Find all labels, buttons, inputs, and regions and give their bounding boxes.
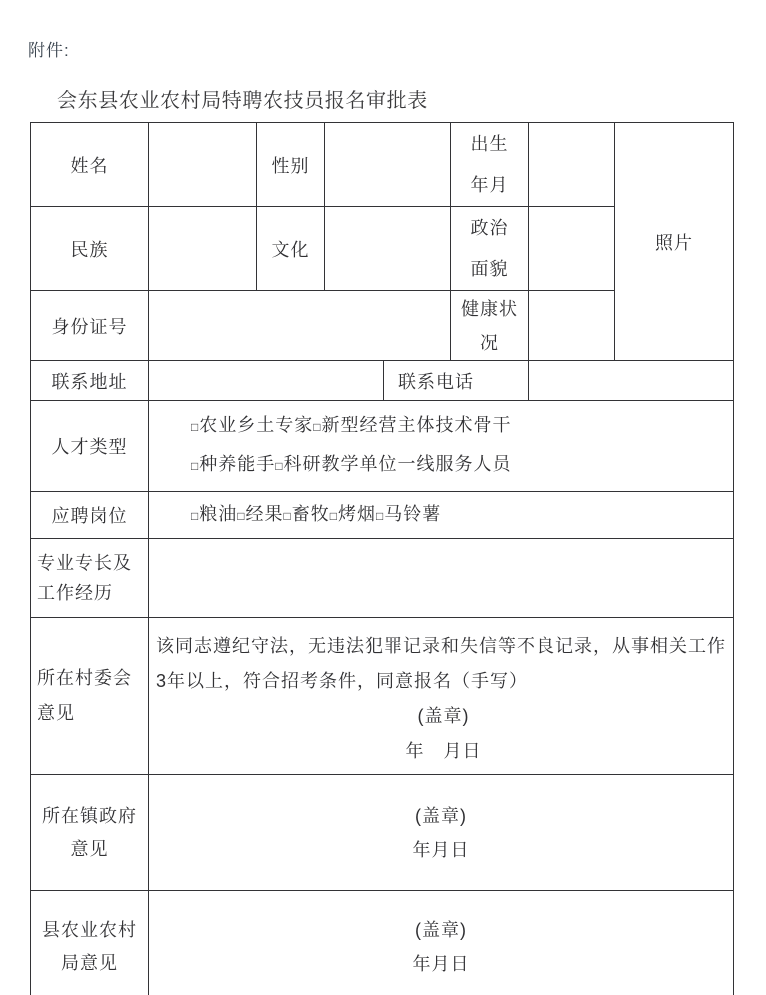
birth-label-line2: 年月	[471, 165, 509, 206]
county-opinion-content-cell: (盖章) 年月日	[149, 891, 734, 995]
talent-type-options-cell: □农业乡土专家□新型经营主体技术骨干 □种养能手□科研教学单位一线服务人员	[149, 401, 734, 492]
talent-options-line1: □农业乡土专家□新型经营主体技术骨干	[149, 407, 733, 446]
health-label-line2: 况	[480, 326, 499, 360]
row-expertise: 专业专长及 工作经历	[31, 539, 734, 618]
row-position: 应聘岗位 □粮油□经果□畜牧□烤烟□马铃薯	[31, 492, 734, 539]
health-value-cell	[529, 291, 615, 361]
ethnicity-value-cell	[149, 207, 257, 291]
phone-value-cell	[529, 361, 734, 401]
position-label-cell: 应聘岗位	[31, 492, 149, 539]
health-label-line1: 健康状	[461, 292, 518, 326]
expertise-label-line2: 工作经历	[37, 578, 113, 608]
birth-label-line1: 出生	[471, 124, 509, 165]
row-address-phone: 联系地址 联系电话	[31, 361, 734, 401]
county-opinion-label-cell: 县农业农村 局意见	[31, 891, 149, 995]
village-opinion-label-line2: 意见	[37, 696, 75, 731]
town-opinion-content-cell: (盖章) 年月日	[149, 775, 734, 891]
political-status-value-cell	[529, 207, 615, 291]
position-options-cell: □粮油□经果□畜牧□烤烟□马铃薯	[149, 492, 734, 539]
row-name-gender-birth: 姓名 性别 出生 年月 照片	[31, 123, 734, 207]
attachment-label: 附件:	[28, 36, 70, 61]
county-seal-text: (盖章)	[149, 913, 733, 947]
town-seal-text: (盖章)	[149, 799, 733, 833]
town-opinion-label-line2: 意见	[71, 833, 109, 866]
political-label-line2: 面貌	[471, 249, 509, 290]
photo-cell: 照片	[615, 123, 734, 361]
phone-label-cell: 联系电话	[384, 361, 529, 401]
gender-value-cell	[325, 123, 451, 207]
row-village-opinion: 所在村委会 意见 该同志遵纪守法，无违法犯罪记录和失信等不良记录，从事相关工作3…	[31, 618, 734, 775]
birth-value-cell	[529, 123, 615, 207]
ethnicity-label-cell: 民族	[31, 207, 149, 291]
document-page: 附件: 会东县农业农村局特聘农技员报名审批表 姓名 性别 出生 年月 照片 民族	[0, 0, 766, 995]
gender-label-cell: 性别	[257, 123, 325, 207]
county-date-text: 年月日	[149, 947, 733, 981]
expertise-label-cell: 专业专长及 工作经历	[31, 539, 149, 618]
application-form-table: 姓名 性别 出生 年月 照片 民族 文化 政治 面貌	[30, 122, 734, 995]
village-opinion-content-cell: 该同志遵纪守法，无违法犯罪记录和失信等不良记录，从事相关工作3年以上，符合招考条…	[149, 618, 734, 775]
row-county-opinion: 县农业农村 局意见 (盖章) 年月日	[31, 891, 734, 995]
town-opinion-label-line1: 所在镇政府	[42, 800, 137, 833]
id-number-label-cell: 身份证号	[31, 291, 149, 361]
health-label-cell: 健康状 况	[451, 291, 529, 361]
address-label-cell: 联系地址	[31, 361, 149, 401]
education-value-cell	[325, 207, 451, 291]
row-talent-type: 人才类型 □农业乡土专家□新型经营主体技术骨干 □种养能手□科研教学单位一线服务…	[31, 401, 734, 492]
village-opinion-label-cell: 所在村委会 意见	[31, 618, 149, 775]
expertise-label-line1: 专业专长及	[37, 548, 132, 578]
political-status-label-cell: 政治 面貌	[451, 207, 529, 291]
name-value-cell	[149, 123, 257, 207]
page-title: 会东县农业农村局特聘农技员报名审批表	[57, 84, 428, 113]
id-number-value-cell	[149, 291, 451, 361]
town-date-text: 年月日	[149, 833, 733, 867]
birth-label-cell: 出生 年月	[451, 123, 529, 207]
education-label-cell: 文化	[257, 207, 325, 291]
position-options-line: □粮油□经果□畜牧□烤烟□马铃薯	[149, 504, 733, 526]
town-opinion-label-cell: 所在镇政府 意见	[31, 775, 149, 891]
expertise-value-cell	[149, 539, 734, 618]
address-value-cell	[149, 361, 384, 401]
row-town-opinion: 所在镇政府 意见 (盖章) 年月日	[31, 775, 734, 891]
village-seal-text: (盖章)	[156, 699, 731, 734]
political-label-line1: 政治	[471, 208, 509, 249]
village-opinion-label-line1: 所在村委会	[37, 661, 132, 696]
county-opinion-label-line2: 局意见	[61, 947, 118, 980]
county-opinion-label-line1: 县农业农村	[42, 914, 137, 947]
village-date-text: 年 月日	[156, 734, 731, 769]
talent-type-label-cell: 人才类型	[31, 401, 149, 492]
talent-options-line2: □种养能手□科研教学单位一线服务人员	[149, 446, 733, 485]
village-opinion-text: 该同志遵纪守法，无违法犯罪记录和失信等不良记录，从事相关工作3年以上，符合招考条…	[156, 629, 731, 699]
name-label-cell: 姓名	[31, 123, 149, 207]
